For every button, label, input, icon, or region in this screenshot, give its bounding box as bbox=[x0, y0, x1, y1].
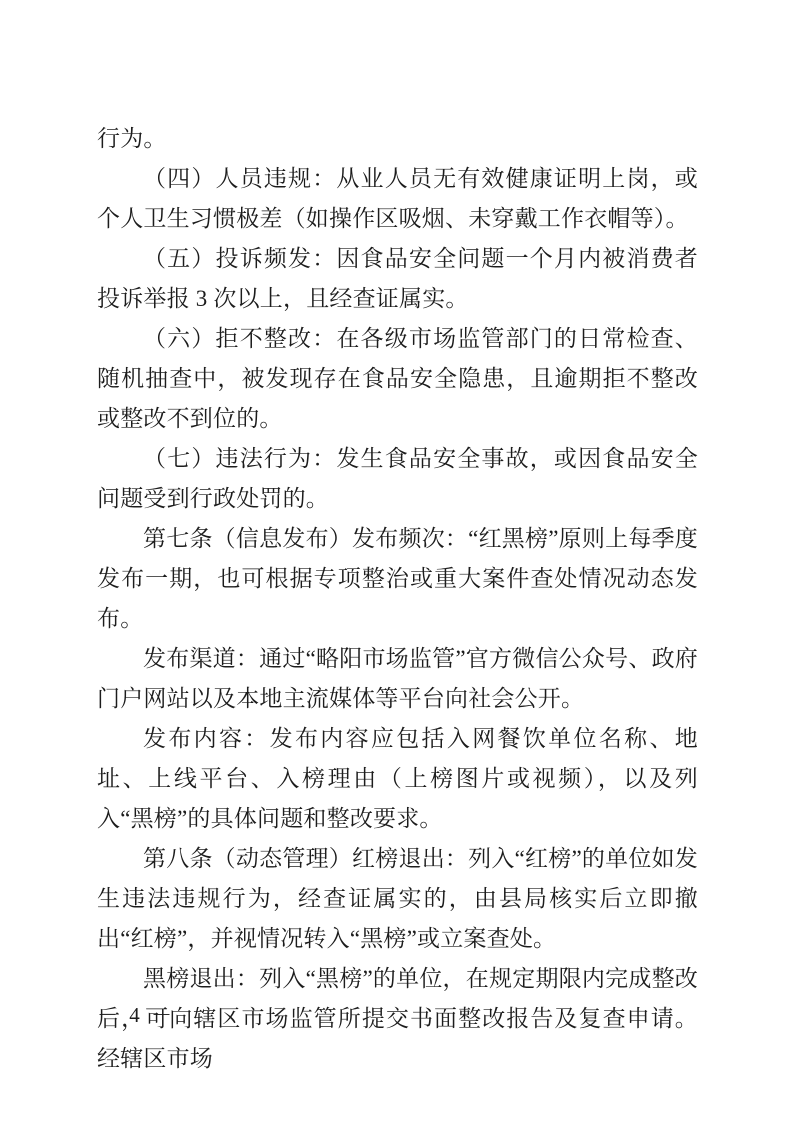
paragraph: （五）投诉频发：因食品安全问题一个月内被消费者投诉举报 3 次以上，且经查证属实… bbox=[97, 239, 698, 319]
paragraph: 行为。 bbox=[97, 119, 698, 159]
document-page: 行为。（四）人员违规：从业人员无有效健康证明上岗，或个人卫生习惯极差（如操作区吸… bbox=[0, 0, 793, 1122]
paragraph: （七）违法行为：发生食品安全事故，或因食品安全问题受到行政处罚的。 bbox=[97, 439, 698, 519]
document-body: 行为。（四）人员违规：从业人员无有效健康证明上岗，或个人卫生习惯极差（如操作区吸… bbox=[97, 119, 698, 1079]
paragraph: 第八条（动态管理）红榜退出：列入“红榜”的单位如发生违法违规行为，经查证属实的，… bbox=[97, 839, 698, 959]
paragraph: （四）人员违规：从业人员无有效健康证明上岗，或个人卫生习惯极差（如操作区吸烟、未… bbox=[97, 159, 698, 239]
paragraph: 发布内容：发布内容应包括入网餐饮单位名称、地址、上线平台、入榜理由（上榜图片或视… bbox=[97, 719, 698, 839]
paragraph: （六）拒不整改：在各级市场监管部门的日常检查、随机抽查中，被发现存在食品安全隐患… bbox=[97, 319, 698, 439]
paragraph: 发布渠道：通过“略阳市场监管”官方微信公众号、政府门户网站以及本地主流媒体等平台… bbox=[97, 639, 698, 719]
page-number: － 4 － bbox=[97, 1002, 175, 1028]
paragraph: 第七条（信息发布）发布频次：“红黑榜”原则上每季度发布一期，也可根据专项整治或重… bbox=[97, 519, 698, 639]
paragraph: 黑榜退出：列入“黑榜”的单位，在规定期限内完成整改后，可向辖区市场监管所提交书面… bbox=[97, 959, 698, 1079]
